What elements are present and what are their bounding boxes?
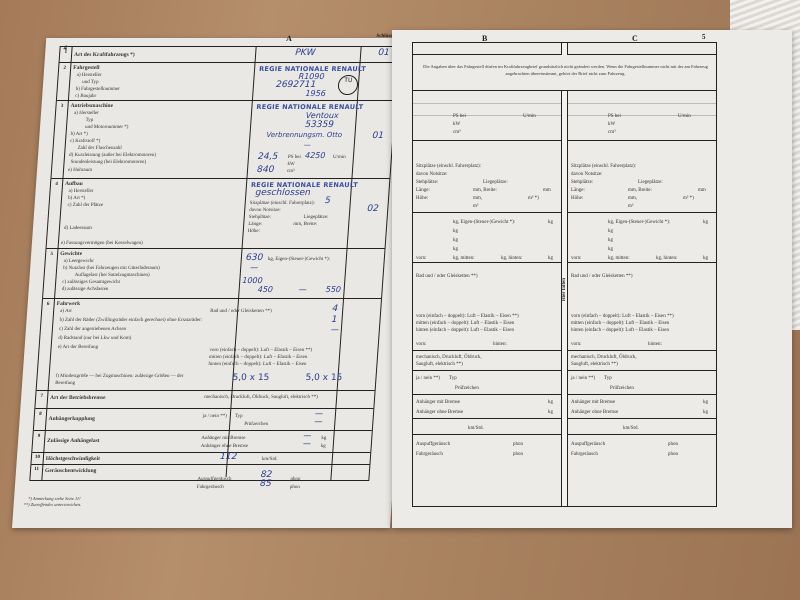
column-header-a: A [286, 34, 292, 43]
top-speed-value: 112 [220, 452, 238, 462]
section-8-trailer-coupling: 8 Anhängerkupplung ja / nein **) Typ Prü… [34, 409, 374, 431]
wheel-count: 4 [332, 304, 338, 314]
section-2-chassis: 2 Fahrgestell a) Hersteller und Typ b) F… [57, 63, 398, 101]
power-ps: 24,5 [258, 152, 279, 162]
seats: 5 [325, 196, 331, 206]
section-5-weights: 5 Gewichte a) Leergewicht b) Nutzlast (b… [43, 249, 384, 299]
column-b: PS bei U/min kW cm³ Sitzplätze (einschl.… [413, 91, 561, 506]
driving-noise-value: 85 [260, 479, 272, 489]
tire-size-rear: 5,0 x 15 [305, 373, 343, 383]
section-3-engine: 3 Antriebsmaschine a) Hersteller Typ und… [51, 101, 394, 179]
column-c: PS bei U/min kW cm³ Sitzplätze (einschl.… [568, 91, 716, 506]
notice-row: Die Angaben über das Fahrgestell dürfen … [413, 55, 716, 91]
rpm-value: 4250 [305, 151, 326, 160]
footnote-2: **) Zutreffendes unterstreichen. [23, 502, 81, 508]
left-page: 4 A Schlüssel-Nr. 1 Art des Kraftfahrzeu… [12, 38, 424, 528]
section-1: 1 Art des Kraftfahrzeugs *) PKW 01 [60, 47, 399, 63]
tire-size-front: 5,0 x 15 [232, 373, 270, 383]
fold-here-label: Hier falten [562, 278, 567, 301]
driven-axles: 1 [331, 315, 337, 325]
section-9-towing-load: 9 Zulässige Anhängelast Anhänger mit Bre… [32, 431, 372, 453]
vehicle-type-value: PKW [295, 48, 316, 58]
section-4-body: 4 Aufbau a) Hersteller b) Art *) c) Zahl… [47, 179, 390, 249]
displacement: 840 [257, 165, 275, 175]
right-page: B C 5 Die Angaben über das Fahrgestell d… [392, 30, 792, 528]
section-10-top-speed: 10 Höchstgeschwindigkeit 112 km/Std. [31, 453, 370, 465]
right-form-table: Die Angaben über das Fahrgestell dürfen … [412, 42, 717, 507]
empty-weight: 630 [246, 253, 264, 263]
section-7-brakes: 7 Art der Betriebsbremse mechanisch, Dru… [35, 391, 374, 409]
gross-weight: 1000 [242, 276, 263, 285]
page-number-right: 5 [702, 33, 706, 41]
left-form-table: 1 Art des Kraftfahrzeugs *) PKW 01 2 Fah… [29, 46, 399, 481]
chassis-notice: Die Angaben über das Fahrgestell dürfen … [423, 63, 708, 77]
body-type: geschlossen [255, 188, 311, 198]
engine-number: 53359 [305, 120, 334, 130]
section-6-chassis-gear: 6 Fahrwerk a) Art b) Zahl der Räder (Zwi… [37, 299, 381, 391]
inspection-circle-stamp: TU [337, 75, 358, 95]
